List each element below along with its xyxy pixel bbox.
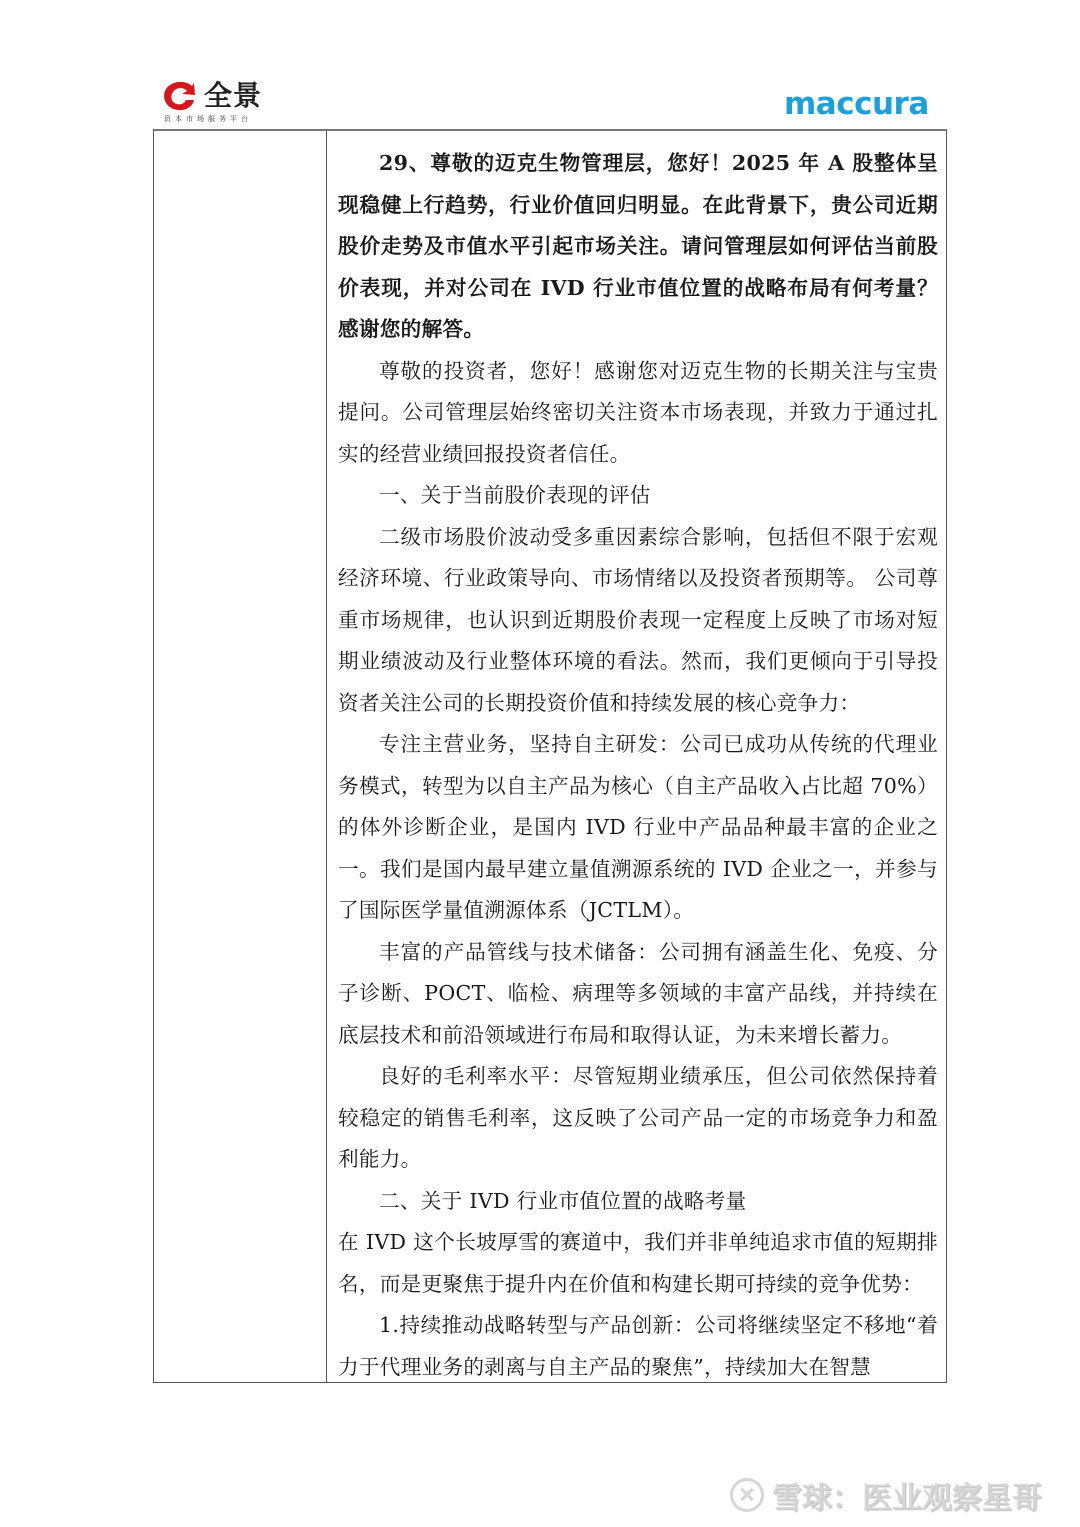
maccura-logo: maccura	[784, 86, 929, 122]
quanjing-tagline: 资本市场服务平台	[164, 114, 252, 124]
table-label-column	[154, 131, 327, 1382]
answer-paragraph: 1.持续推动战略转型与产品创新：公司将继续坚定不移地“着力于代理业务的剥离与自主…	[338, 1305, 938, 1382]
answer-paragraph: 在 IVD 这个长坡厚雪的赛道中，我们并非单纯追求市值的短期排名，而是更聚焦于提…	[338, 1222, 938, 1305]
section-heading-2: 二、关于 IVD 行业市值位置的战略考量	[338, 1181, 938, 1223]
answer-paragraph: 二级市场股价波动受多重因素综合影响，包括但不限于宏观经济环境、行业政策导向、市场…	[338, 517, 938, 725]
xueqiu-watermark: 雪球：医业观察星哥	[730, 1474, 1042, 1516]
xueqiu-logo-icon	[730, 1478, 764, 1512]
answer-intro: 尊敬的投资者，您好！感谢您对迈克生物的长期关注与宝贵提问。公司管理层始终密切关注…	[338, 351, 938, 476]
answer-paragraph: 专注主营业务，坚持自主研发：公司已成功从传统的代理业务模式，转型为以自主产品为核…	[338, 724, 938, 932]
investor-question: 29、尊敬的迈克生物管理层，您好！2025 年 A 股整体呈现稳健上行趋势，行业…	[338, 143, 938, 351]
qa-table: 29、尊敬的迈克生物管理层，您好！2025 年 A 股整体呈现稳健上行趋势，行业…	[153, 129, 947, 1383]
quanjing-logo-icon	[162, 80, 198, 112]
quanjing-brand-name: 全景	[204, 78, 262, 114]
quanjing-logo: 全景 资本市场服务平台	[160, 78, 270, 126]
answer-paragraph: 良好的毛利率水平：尽管短期业绩承压，但公司依然保持着较稳定的销售毛利率，这反映了…	[338, 1056, 938, 1181]
qa-content: 29、尊敬的迈克生物管理层，您好！2025 年 A 股整体呈现稳健上行趋势，行业…	[338, 143, 938, 1382]
section-heading-1: 一、关于当前股价表现的评估	[338, 475, 938, 517]
table-content-column: 29、尊敬的迈克生物管理层，您好！2025 年 A 股整体呈现稳健上行趋势，行业…	[328, 131, 946, 1382]
watermark-text: 雪球：医业观察星哥	[772, 1473, 1042, 1517]
answer-paragraph: 丰富的产品管线与技术储备：公司拥有涵盖生化、免疫、分子诊断、POCT、临检、病理…	[338, 932, 938, 1057]
